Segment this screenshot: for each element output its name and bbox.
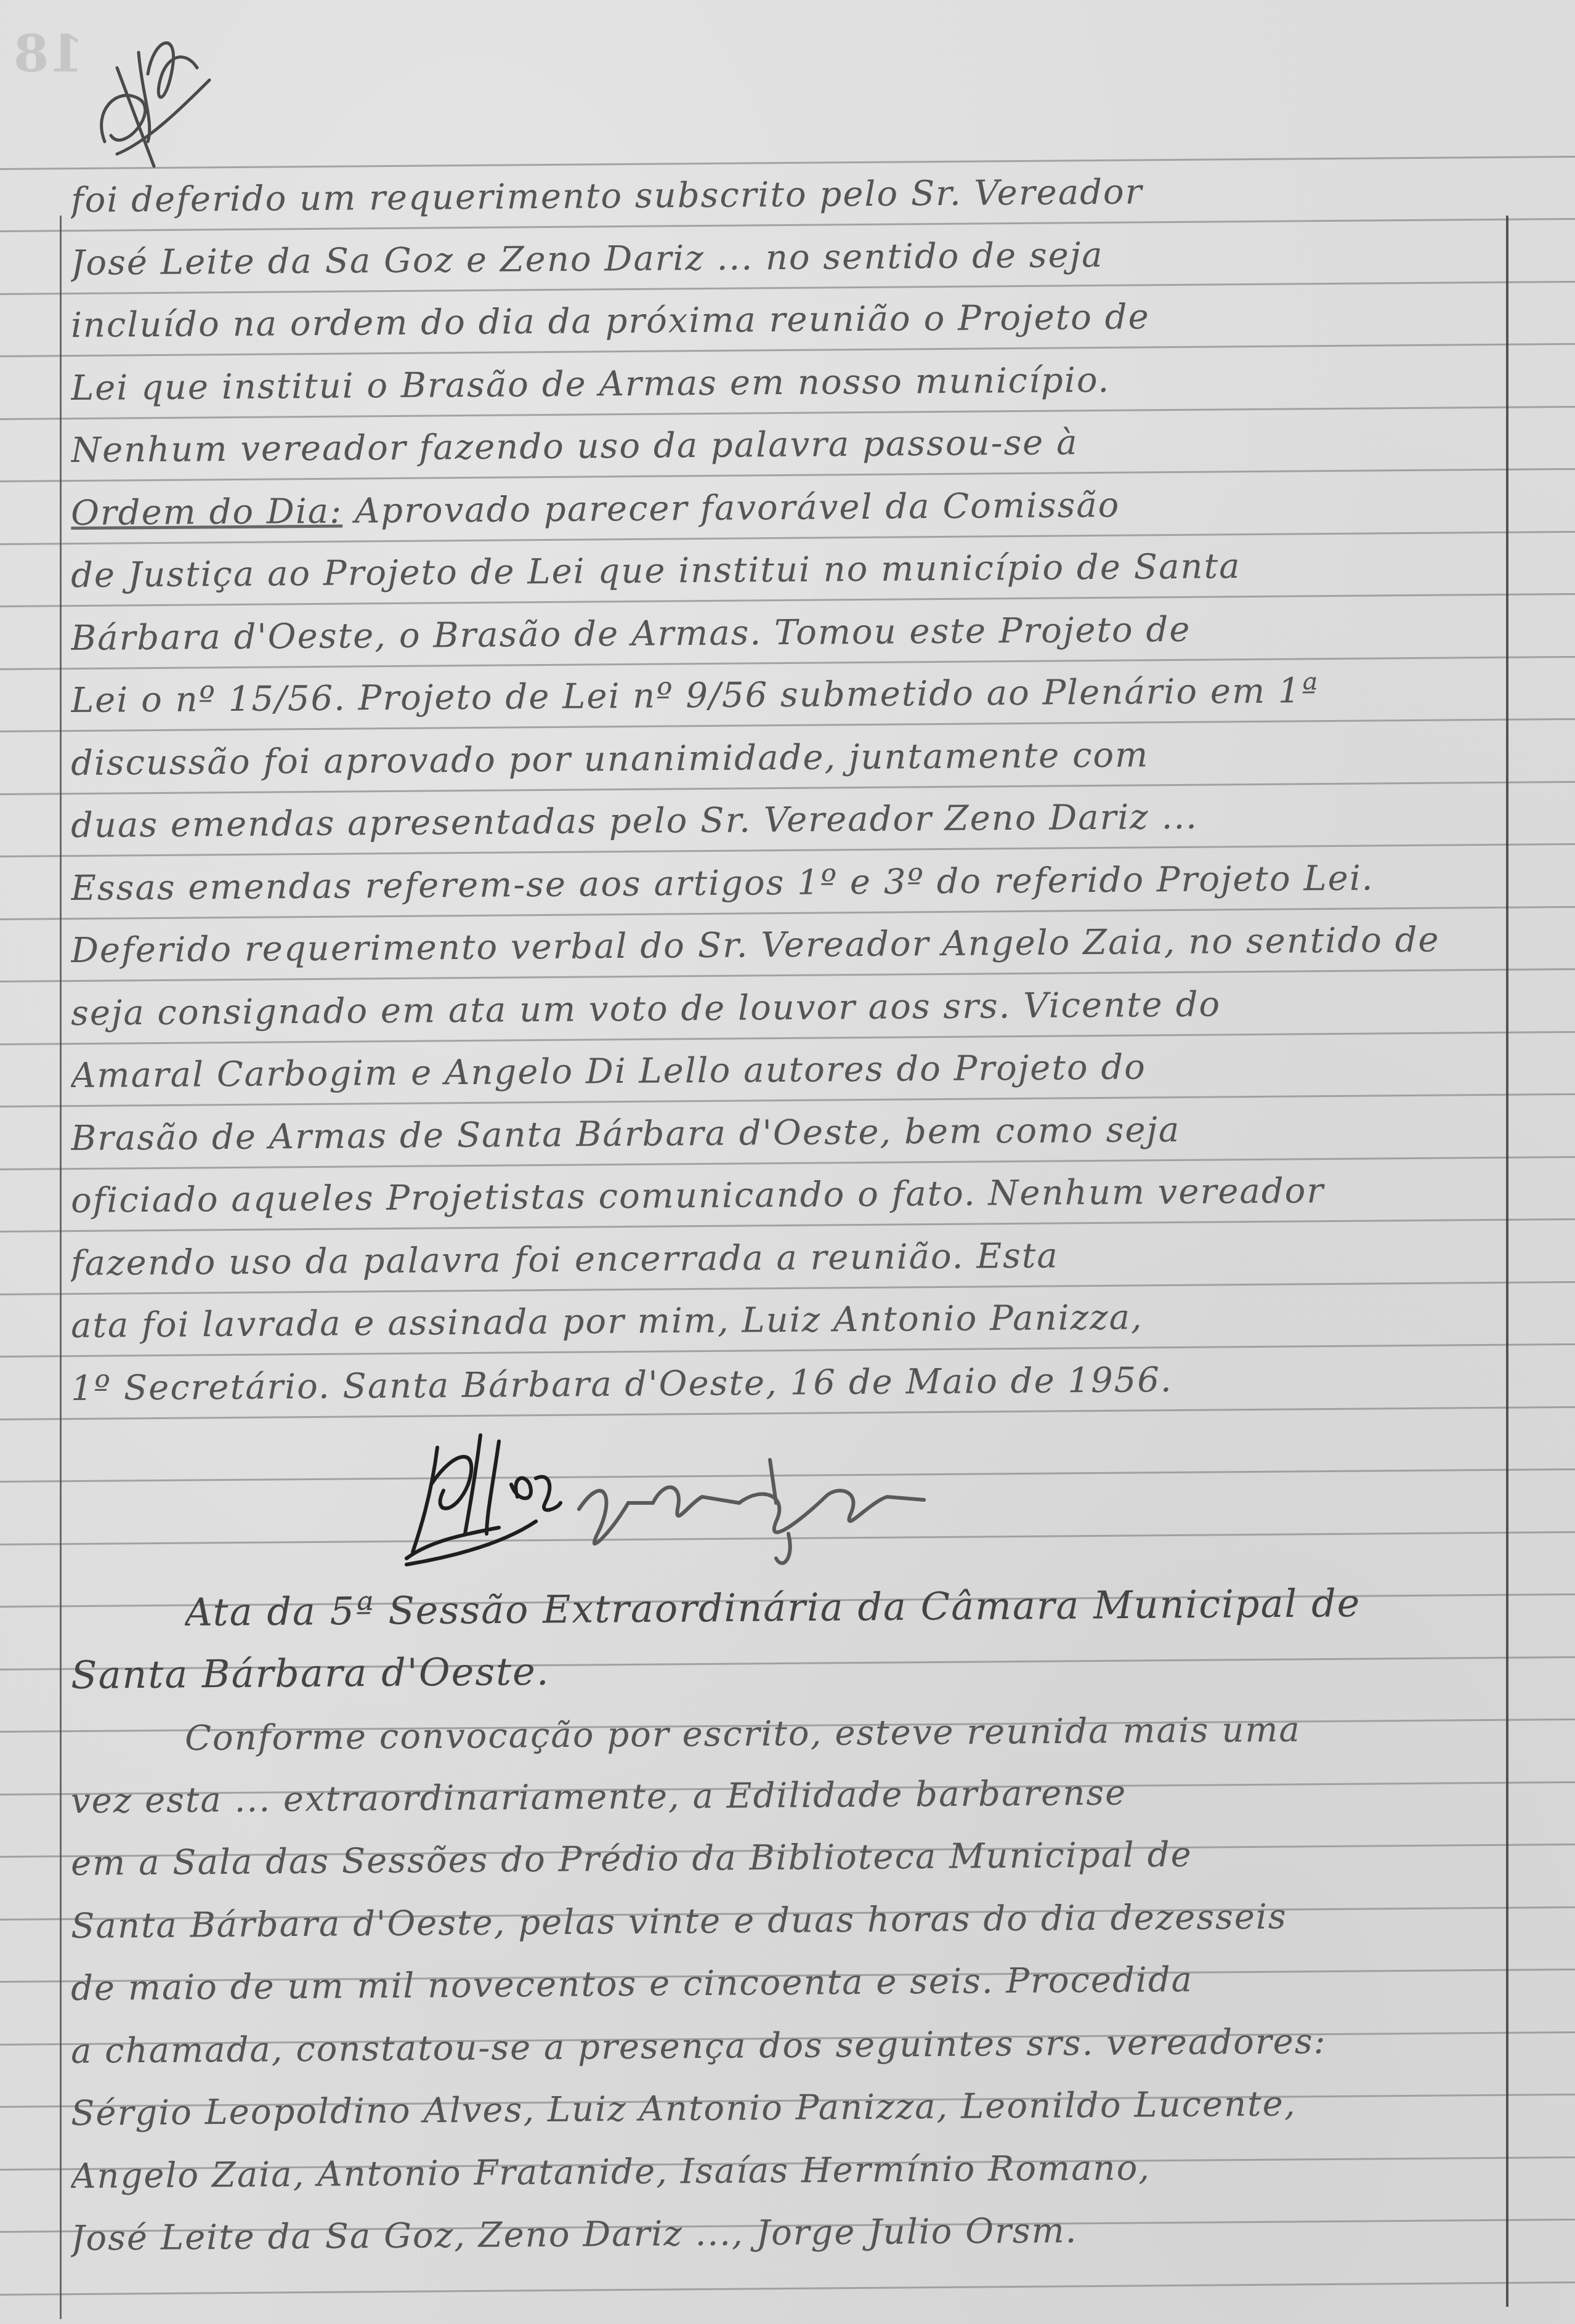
handwritten-line: Nenhum vereador fazendo uso da palavra p… <box>71 410 1500 480</box>
handwritten-line: discussão foi aprovado por unanimidade, … <box>71 723 1500 793</box>
handwritten-line: Essas emendas referem-se aos artigos 1º … <box>71 848 1500 918</box>
document-page: 18 foi deferido um requerimento subscrit… <box>0 0 1575 2324</box>
handwritten-line: José Leite da Sa Goz e Zeno Dariz ... no… <box>71 222 1500 293</box>
handwritten-line: Santa Bárbara d'Oeste, pelas vinte e dua… <box>71 1885 1500 1956</box>
handwritten-line: Conforme convocação por escrito, esteve … <box>185 1699 1500 1768</box>
ordem-do-dia-heading: Ordem do Dia: <box>71 491 342 533</box>
signature-1-icon <box>407 1435 561 1565</box>
handwritten-line: Ordem do Dia: Aprovado parecer favorável… <box>71 472 1500 543</box>
initials-mark-icon <box>80 18 216 179</box>
signature-2-icon <box>579 1460 924 1563</box>
session-title-line: Santa Bárbara d'Oeste. <box>71 1634 1500 1704</box>
handwritten-line: Bárbara d'Oeste, o Brasão de Armas. Tomo… <box>71 597 1500 668</box>
handwritten-line: oficiado aqueles Projetistas comunicando… <box>71 1160 1500 1231</box>
handwritten-line: seja consignado em ata um voto de louvor… <box>71 973 1500 1043</box>
handwritten-line: de Justiça ao Projeto de Lei que institu… <box>71 535 1500 605</box>
handwritten-line: fazendo uso da palavra foi encerrada a r… <box>71 1223 1500 1293</box>
handwritten-line: vez esta ... extraordinariamente, a Edil… <box>71 1760 1500 1831</box>
handwritten-line: Lei que institui o Brasão de Armas em no… <box>71 347 1500 418</box>
ruled-line <box>0 2281 1575 2295</box>
right-margin-line <box>1506 216 1508 2307</box>
handwritten-line: foi deferido um requerimento subscrito p… <box>71 160 1500 230</box>
handwritten-line: ata foi lavrada e assinada por mim, Luiz… <box>71 1285 1500 1356</box>
handwritten-line: Amaral Carbogim e Angelo Di Lello autore… <box>71 1035 1500 1106</box>
handwritten-line: incluído na ordem do dia da próxima reun… <box>71 285 1500 355</box>
handwritten-line: Angelo Zaia, Antonio Fratanide, Isaías H… <box>71 2136 1500 2206</box>
page-number: 18 <box>14 25 84 84</box>
left-margin-line <box>60 216 62 2319</box>
handwritten-line: Sérgio Leopoldino Alves, Luiz Antonio Pa… <box>71 2073 1500 2144</box>
handwritten-line: 1º Secretário. Santa Bárbara d'Oeste, 16… <box>71 1348 1500 1418</box>
handwritten-line: Deferido requerimento verbal do Sr. Vere… <box>71 910 1500 981</box>
handwritten-line: a chamada, constatou-se a presença dos s… <box>71 2010 1500 2081</box>
handwritten-line: em a Sala das Sessões do Prédio da Bibli… <box>71 1823 1500 1893</box>
session-title-line: Ata da 5ª Sessão Extraordinária da Câmar… <box>185 1573 1500 1642</box>
handwritten-line: duas emendas apresentadas pelo Sr. Verea… <box>71 785 1500 856</box>
signatures <box>394 1411 1257 1577</box>
handwritten-line: José Leite da Sa Goz, Zeno Dariz ..., Jo… <box>71 2198 1500 2269</box>
handwritten-line: de maio de um mil novecentos e cincoenta… <box>71 1948 1500 2018</box>
handwritten-line: Lei o nº 15/56. Projeto de Lei nº 9/56 s… <box>71 660 1500 731</box>
handwritten-line: Brasão de Armas de Santa Bárbara d'Oeste… <box>71 1098 1500 1168</box>
